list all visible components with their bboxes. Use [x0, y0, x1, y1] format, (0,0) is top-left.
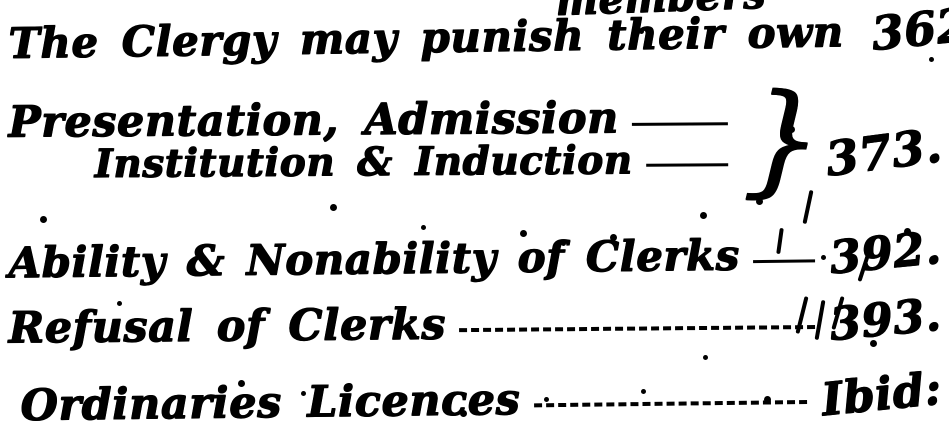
leader-line [753, 257, 815, 263]
entry-title: Institution & Induction [94, 137, 632, 187]
index-entry-clergy: The Clergy may punish their own 362 [8, 1, 942, 68]
index-entry-ordinaries: Ordinaries Licences Ibid: [20, 366, 942, 430]
entry-title: Ordinaries Licences [20, 375, 520, 431]
grouped-entry-lines: Presentation, Admission Institution & In… [8, 92, 743, 187]
entry-title: Refusal of Clerks [8, 299, 446, 353]
entry-title: Ability & Nonability of Clerks [8, 230, 740, 287]
entry-title: The Clergy may punish their own [8, 7, 844, 68]
entry-page-number: 393. [827, 287, 943, 350]
index-entry-ability: Ability & Nonability of Clerks 392. [8, 225, 942, 288]
leader-line [646, 161, 728, 167]
manuscript-page: members The Clergy may punish their own … [0, 0, 949, 447]
index-entry-presentation-group: Presentation, Admission Institution & In… [8, 81, 942, 197]
entry-page-number: 373. [822, 118, 945, 188]
entry-page-number: 362 [869, 0, 949, 61]
grouped-entry-line-2: Institution & Induction [94, 136, 743, 187]
leader-line [632, 120, 728, 126]
entry-page-number: 392. [827, 220, 943, 284]
grouping-brace: } [742, 86, 825, 193]
entry-page-number: Ibid: [818, 361, 943, 426]
ink-specks [0, 0, 3, 3]
leader-line [459, 323, 815, 332]
leader-line [534, 398, 807, 407]
